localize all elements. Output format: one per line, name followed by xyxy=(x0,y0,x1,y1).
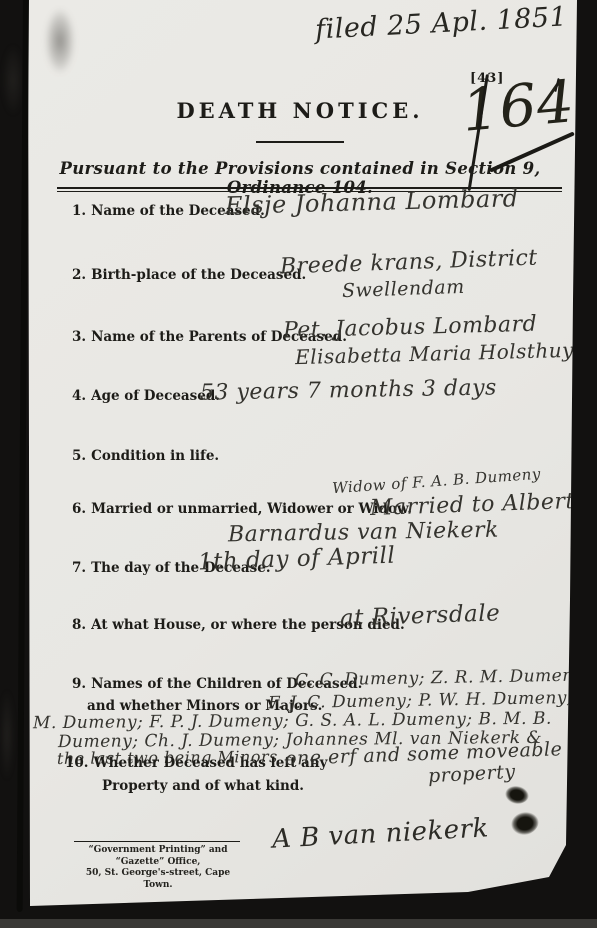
field-2-answer: Breede krans, District xyxy=(280,246,538,280)
filed-date-note: filed 25 Apl. 1851 xyxy=(314,1,568,45)
scanned-death-notice: filed 25 Apl. 1851 [43] DEATH NOTICE. 16… xyxy=(0,0,597,928)
field-number: 5. xyxy=(72,448,86,464)
field-10-answer-line2: property xyxy=(427,761,516,788)
field-4-label: 4.Age of Deceased. xyxy=(72,388,220,404)
field-8-answer: at Riversdale xyxy=(340,600,501,632)
field-label-text: Property and of what kind. xyxy=(102,778,304,794)
field-number: 10. xyxy=(65,755,89,771)
field-number: 3. xyxy=(72,329,86,345)
document-page: filed 25 Apl. 1851 [43] DEATH NOTICE. 16… xyxy=(0,0,597,928)
field-7-answer: 1th day of Aprill xyxy=(198,543,396,576)
scan-bottom-strip xyxy=(0,919,597,928)
field-number: 4. xyxy=(72,388,86,404)
title-rule xyxy=(256,141,344,143)
footer-line1: “Government Printing” and “Gazette” Offi… xyxy=(70,845,246,868)
field-10-label-line2: Property and of what kind. xyxy=(102,778,304,794)
field-3-answer: Pet. Jacobus Lombard xyxy=(283,312,538,344)
field-9-answer: C. C. Dumeny; Z. R. M. Dumeny; xyxy=(295,665,590,690)
footer-line2: 50, St. George's-street, Cape Town. xyxy=(70,868,246,891)
ink-blot xyxy=(503,784,530,807)
field-6-answer: Married to Albertus xyxy=(370,488,597,521)
footer-imprint: “Government Printing” and “Gazette” Offi… xyxy=(70,845,246,892)
field-2-label: 2.Birth-place of the Deceased. xyxy=(72,267,306,283)
field-number: 9. xyxy=(72,676,86,692)
field-number: 1. xyxy=(72,203,86,219)
scan-smudge xyxy=(2,45,24,115)
signature: A B van niekerk xyxy=(271,813,489,854)
field-label-text: Married or unmarried, Widower or Widow. xyxy=(91,501,412,517)
field-5-label: 5.Condition in life. xyxy=(72,448,219,464)
field-4-answer: 53 years 7 months 3 days xyxy=(200,375,497,405)
field-label-text: Condition in life. xyxy=(91,448,219,464)
document-title: DEATH NOTICE. xyxy=(150,98,450,123)
paper-stain xyxy=(45,8,75,74)
field-label-text: Birth-place of the Deceased. xyxy=(91,267,306,283)
field-number: 8. xyxy=(72,617,86,633)
scan-smudge xyxy=(0,690,14,780)
field-2-answer-line2: Swellendam xyxy=(342,276,465,302)
ink-blot xyxy=(510,810,541,837)
footer-rule xyxy=(74,841,240,842)
field-number: 2. xyxy=(72,267,86,283)
field-number: 6. xyxy=(72,501,86,517)
field-6-label: 6.Married or unmarried, Widower or Widow… xyxy=(72,501,412,517)
field-number: 7. xyxy=(72,560,86,576)
